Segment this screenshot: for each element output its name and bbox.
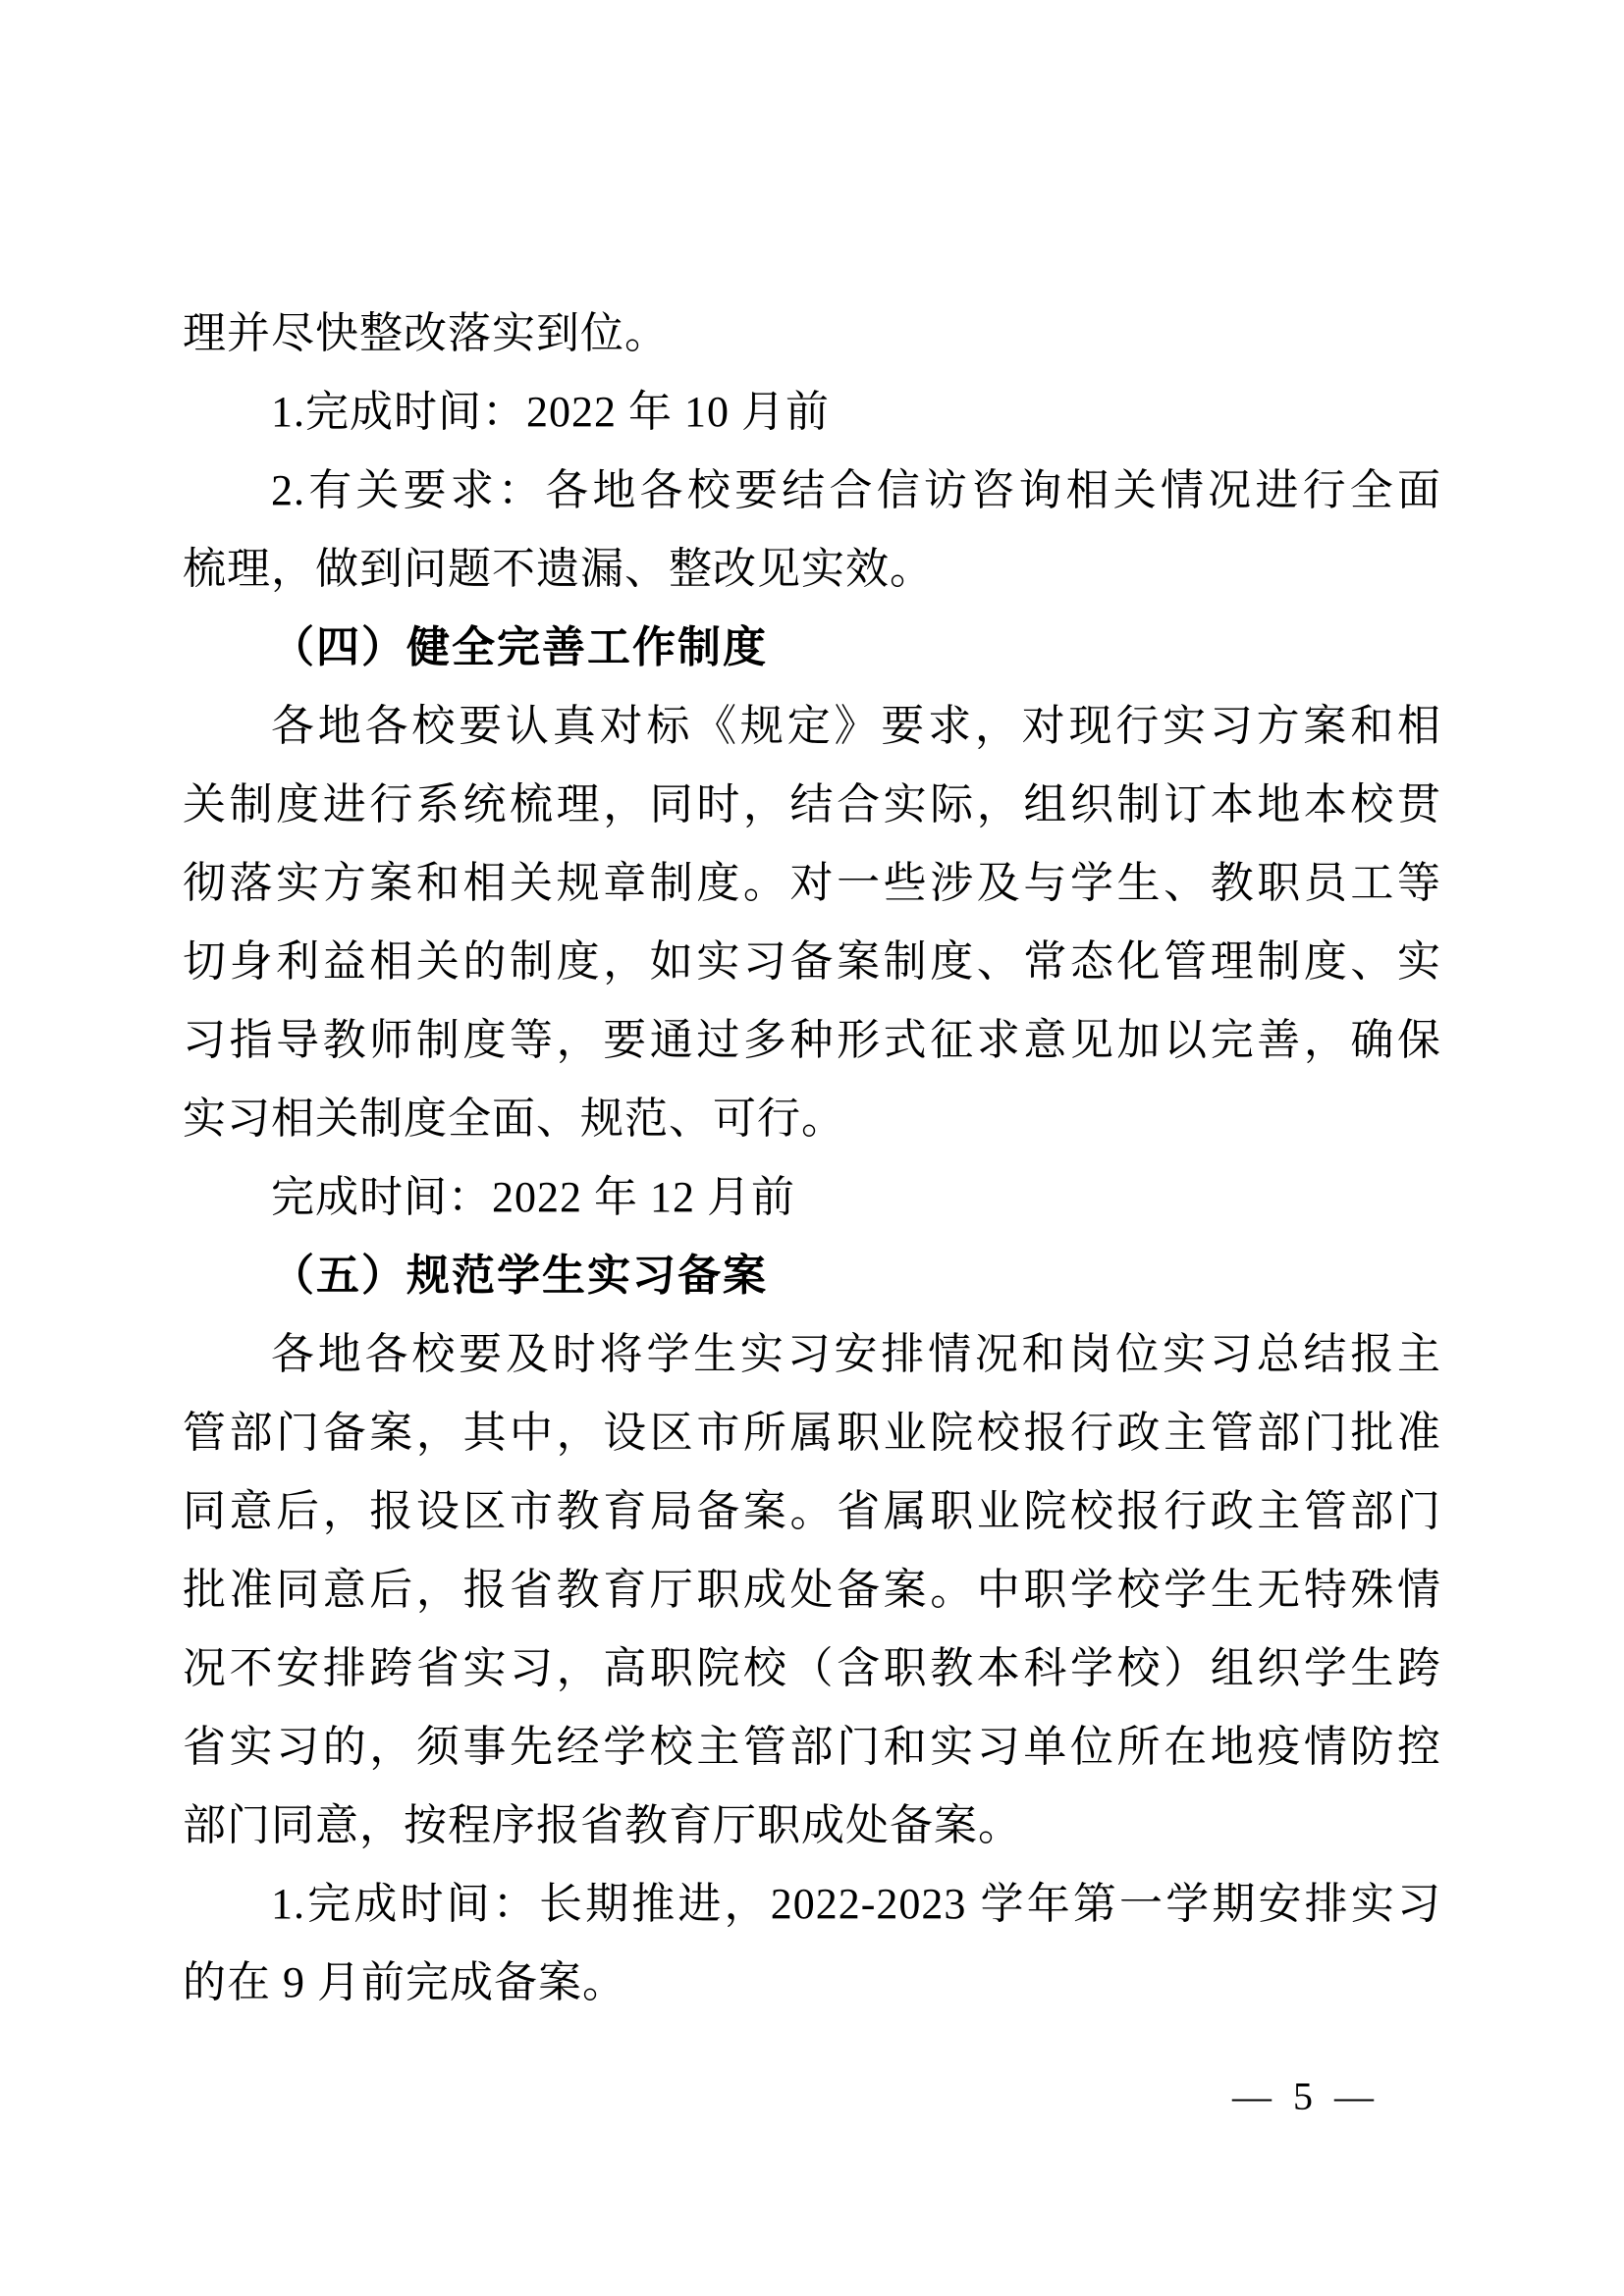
text-line: 同意后，报设区市教育局备案。省属职业院校报行政主管部门 <box>183 1472 1441 1551</box>
text-line: 1.完成时间：长期推进，2022-2023 学年第一学期安排实习 <box>183 1865 1441 1944</box>
text-line: 理并尽快整改落实到位。 <box>183 294 1441 373</box>
text-line: 1.完成时间：2022 年 10 月前 <box>183 373 1441 452</box>
page-number: — 5 — <box>1232 2069 1380 2124</box>
text-line: 管部门备案，其中，设区市所属职业院校报行政主管部门批准 <box>183 1394 1441 1472</box>
text-line: 彻落实方案和相关规章制度。对一些涉及与学生、教职员工等 <box>183 844 1441 923</box>
text-line: 2.有关要求：各地各校要结合信访咨询相关情况进行全面 <box>183 452 1441 530</box>
text-line: 省实习的，须事先经学校主管部门和实习单位所在地疫情防控 <box>183 1708 1441 1787</box>
document-page: 理并尽快整改落实到位。 1.完成时间：2022 年 10 月前 2.有关要求：各… <box>0 0 1624 2296</box>
text-line: 的在 9 月前完成备案。 <box>183 1944 1441 2022</box>
text-line: 习指导教师制度等，要通过多种形式征求意见加以完善，确保 <box>183 1001 1441 1080</box>
text-line: 各地各校要认真对标《规定》要求，对现行实习方案和相 <box>183 687 1441 766</box>
text-line: 况不安排跨省实习，高职院校（含职教本科学校）组织学生跨 <box>183 1629 1441 1708</box>
text-line: 各地各校要及时将学生实习安排情况和岗位实习总结报主 <box>183 1315 1441 1394</box>
text-line: 梳理，做到问题不遗漏、整改见实效。 <box>183 530 1441 609</box>
section-heading-5: （五）规范学生实习备案 <box>183 1237 1441 1315</box>
text-line: 完成时间：2022 年 12 月前 <box>183 1158 1441 1237</box>
text-line: 切身利益相关的制度，如实习备案制度、常态化管理制度、实 <box>183 923 1441 1001</box>
text-line: 部门同意，按程序报省教育厅职成处备案。 <box>183 1787 1441 1865</box>
section-heading-4: （四）健全完善工作制度 <box>183 609 1441 687</box>
text-body: 理并尽快整改落实到位。 1.完成时间：2022 年 10 月前 2.有关要求：各… <box>183 294 1441 2022</box>
text-line: 实习相关制度全面、规范、可行。 <box>183 1080 1441 1158</box>
text-line: 关制度进行系统梳理，同时，结合实际，组织制订本地本校贯 <box>183 766 1441 844</box>
text-line: 批准同意后，报省教育厅职成处备案。中职学校学生无特殊情 <box>183 1551 1441 1629</box>
